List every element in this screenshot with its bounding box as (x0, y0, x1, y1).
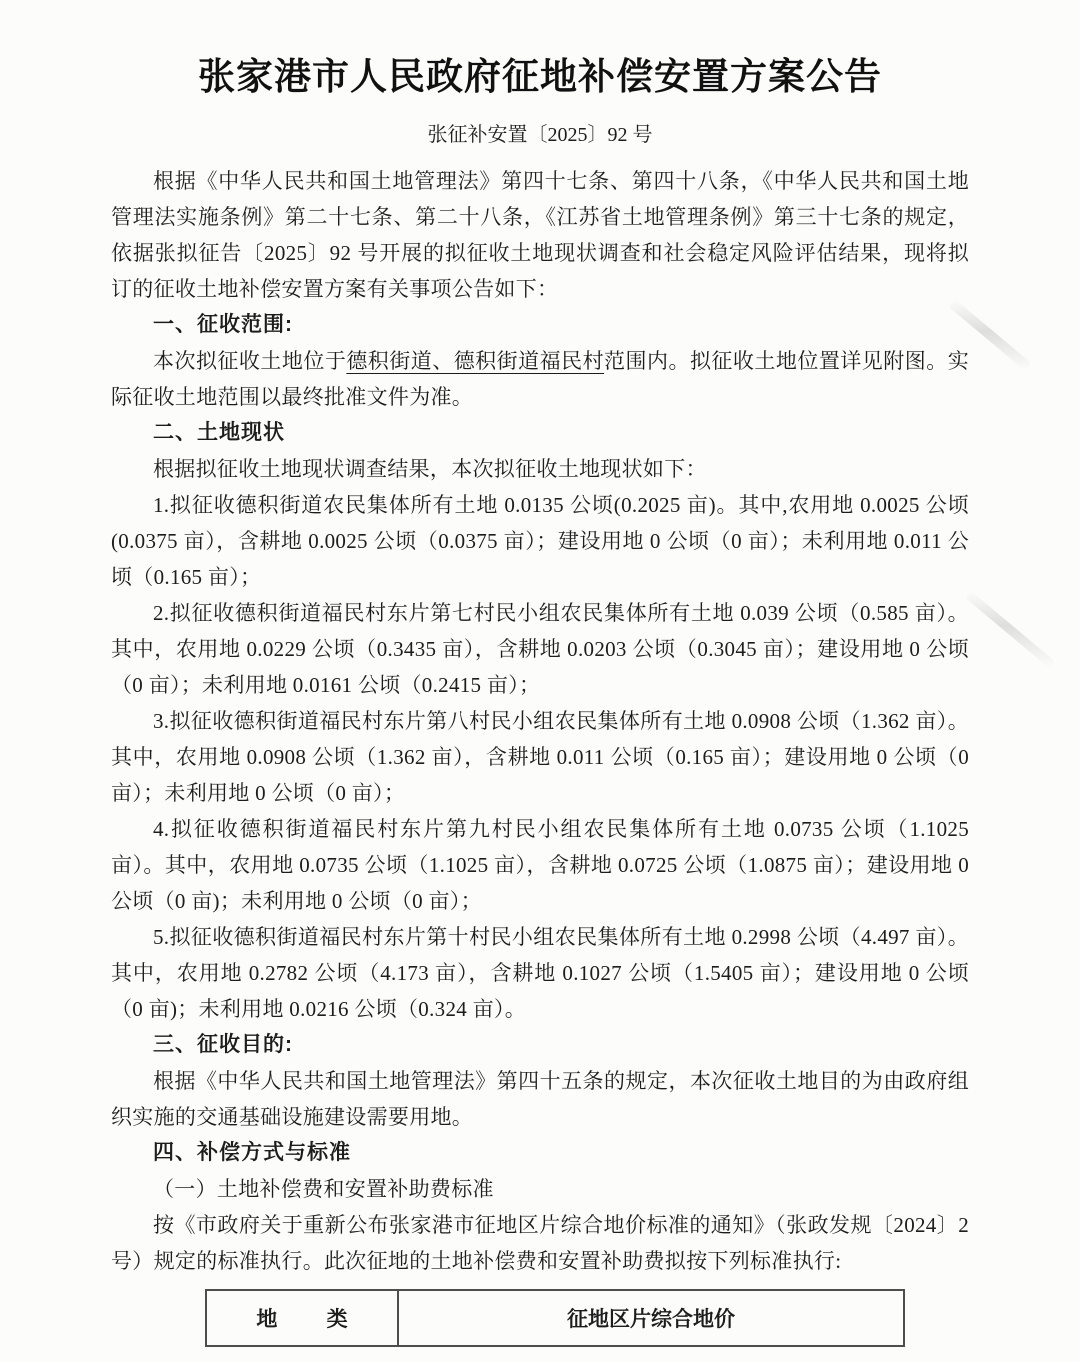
intro-paragraph: 根据《中华人民共和国土地管理法》第四十七条、第四十八条，《中华人民共和国土地管理… (111, 163, 969, 307)
land-status-item-1: 1.拟征收德积街道农民集体所有土地 0.0135 公顷(0.2025 亩)。其中… (111, 487, 969, 595)
section-two-heading: 二、土地现状 (111, 415, 969, 451)
section-four-body: 按《市政府关于重新公布张家港市征地区片综合地价标准的通知》（张政发规〔2024〕… (111, 1207, 969, 1279)
section-four-heading: 四、补偿方式与标准 (111, 1135, 969, 1171)
section-three-body: 根据《中华人民共和国土地管理法》第四十五条的规定，本次征收土地目的为由政府组织实… (111, 1063, 969, 1135)
section-four-subheading: （一）土地补偿费和安置补助费标准 (111, 1171, 969, 1207)
underlined-location: 德积街道、德积街道福民村 (346, 349, 604, 373)
section-one-body: 本次拟征收土地位于德积街道、德积街道福民村范围内。拟征收土地位置详见附图。实际征… (111, 343, 969, 415)
section-two-lead: 根据拟征收土地现状调查结果，本次拟征收土地现状如下： (111, 451, 969, 487)
section-three-heading: 三、征收目的: (111, 1027, 969, 1063)
table-header-land-type: 地 类 (206, 1290, 398, 1346)
compensation-table: 地 类 征地区片综合地价 (205, 1289, 905, 1347)
table-header-price: 征地区片综合地价 (398, 1290, 904, 1346)
announcement-document: 张家港市人民政府征地补偿安置方案公告 张征补安置〔2025〕92 号 根据《中华… (0, 0, 1080, 1362)
section-one-heading: 一、征收范围: (111, 307, 969, 343)
section-one-body-prefix: 本次拟征收土地位于 (153, 349, 346, 373)
table-header-row: 地 类 征地区片综合地价 (206, 1290, 904, 1346)
land-status-item-5: 5.拟征收德积街道福民村东片第十村民小组农民集体所有土地 0.2998 公顷（4… (111, 919, 969, 1027)
land-status-item-2: 2.拟征收德积街道福民村东片第七村民小组农民集体所有土地 0.039 公顷（0.… (111, 595, 969, 703)
scan-artifact (965, 591, 1055, 669)
doc-number: 张征补安置〔2025〕92 号 (111, 118, 969, 147)
land-status-item-3: 3.拟征收德积街道福民村东片第八村民小组农民集体所有土地 0.0908 公顷（1… (111, 703, 969, 811)
page-title: 张家港市人民政府征地补偿安置方案公告 (111, 46, 969, 100)
land-status-item-4: 4.拟征收德积街道福民村东片第九村民小组农民集体所有土地 0.0735 公顷（1… (111, 811, 969, 919)
